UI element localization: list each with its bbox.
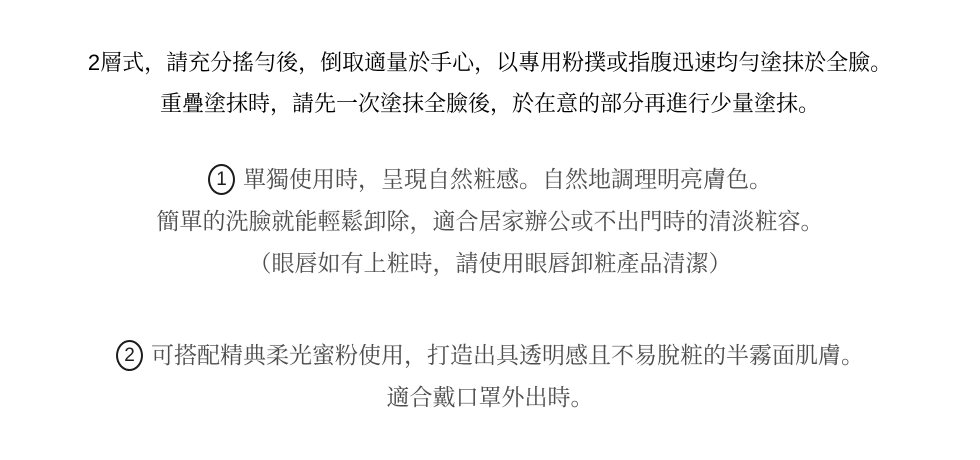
point-1-block: 1 單獨使用時，呈現自然粧感。自然地調理明亮膚色。 簡單的洗臉就能輕鬆卸除，適合…	[0, 158, 980, 284]
circled-number-1-icon: 1	[208, 164, 235, 195]
usage-line-1: 2層式，請充分搖勻後，倒取適量於手心，以專用粉撲或指腹迅速均勻塗抹於全臉。	[0, 42, 980, 83]
point-1-line-1: 單獨使用時，呈現自然粧感。自然地調理明亮膚色。	[243, 158, 772, 200]
point-1-line-2: 簡單的洗臉就能輕鬆卸除，適合居家辦公或不出門時的清淡粧容。	[0, 200, 980, 242]
point-2-heading-line: 2 可搭配精典柔光蜜粉使用，打造出具透明感且不易脫粧的半霧面肌膚。	[0, 334, 980, 376]
point-2-block: 2 可搭配精典柔光蜜粉使用，打造出具透明感且不易脫粧的半霧面肌膚。 適合戴口罩外…	[0, 334, 980, 418]
product-usage-instructions: 2層式，請充分搖勻後，倒取適量於手心，以專用粉撲或指腹迅速均勻塗抹於全臉。 重疊…	[0, 0, 980, 460]
circled-number-2-icon: 2	[116, 340, 143, 371]
point-1-heading-line: 1 單獨使用時，呈現自然粧感。自然地調理明亮膚色。	[0, 158, 980, 200]
point-1-line-3-note: （眼唇如有上粧時，請使用眼唇卸粧產品清潔）	[0, 242, 980, 284]
point-2-line-2: 適合戴口罩外出時。	[0, 376, 980, 418]
point-2-line-1: 可搭配精典柔光蜜粉使用，打造出具透明感且不易脫粧的半霧面肌膚。	[151, 334, 864, 376]
usage-line-2: 重疊塗抹時，請先一次塗抹全臉後，於在意的部分再進行少量塗抹。	[0, 83, 980, 124]
usage-instructions-block: 2層式，請充分搖勻後，倒取適量於手心，以專用粉撲或指腹迅速均勻塗抹於全臉。 重疊…	[0, 0, 980, 124]
